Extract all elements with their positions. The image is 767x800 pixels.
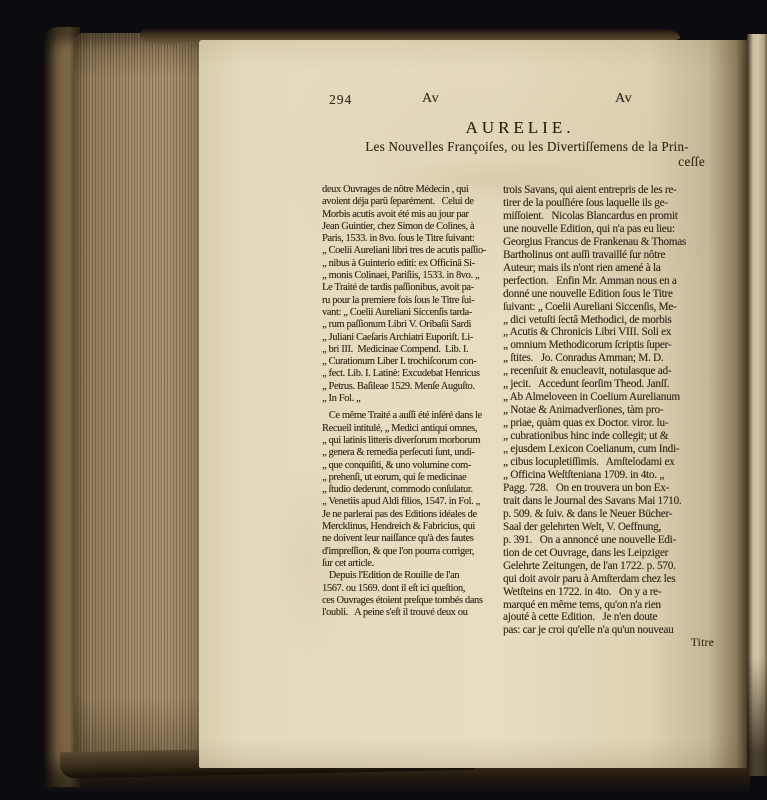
text-line: Recueil intitulé, „ Medici antiqui omnes… <box>322 423 499 435</box>
text-line: ces Ouvrages étoient preſque tombés dans <box>322 595 499 607</box>
text-line: 1567. ou 1569. dont il eſt ici queſtion, <box>322 583 499 595</box>
text-line: perfection. Enfin Mr. Amman nous en a <box>503 275 718 288</box>
text-line: „ monis Colinaei, Pariſiis, 1533. in 8vo… <box>322 270 499 282</box>
text-line: Je ne parlerai pas des Editions idéales … <box>322 509 499 521</box>
text-line: tirer de la pouſſiére ſous laquelle ils … <box>503 197 718 210</box>
text-line: ajouté à cette Edition. Je n'en doute <box>503 611 718 624</box>
running-head-right: Av <box>615 91 632 107</box>
text-line: „ Notae & Animadverſiones, tàm pro- <box>503 404 718 417</box>
text-line: ſuivant: „ Coelii Aureliani Siccenſis, M… <box>503 301 718 314</box>
article-title: AURELIE. <box>320 118 720 138</box>
text-line: „ Acutis & Chronicis Libri VIII. Soli ex <box>503 326 718 339</box>
text-line: l'oubli. A peine s'eſt il trouvé deux ou <box>322 607 499 619</box>
catchword: Titre <box>503 637 714 649</box>
text-line: deux Ouvrages de nôtre Médecin , qui <box>322 184 499 196</box>
text-line: „ cubrationibus hinc inde collegit; ut & <box>503 430 718 443</box>
text-line: Le Traité de tardis paſſionibus, avoit p… <box>322 282 499 294</box>
text-line: donné une nouvelle Edition ſous le Titre <box>503 288 718 301</box>
text-line: „ ſtites. Jo. Conradus Amman; M. D. <box>503 352 718 365</box>
text-line: p. 509. & ſuiv. & dans le Neuer Bücher- <box>503 508 718 521</box>
text-line: „ Ab Almeloveen in Coelium Aurelianum <box>503 391 718 404</box>
text-line: marqué en même tems, qu'on n'a rien <box>503 599 718 612</box>
text-line: trait dans le Journal des Savans Mai 171… <box>503 495 718 508</box>
text-line: „ jecit. Accedunt ſeorſim Theod. Janſſ. <box>503 378 718 391</box>
text-line: „ genera & remedia perſecuti ſunt, undi- <box>322 447 499 459</box>
book-scan: 294 Av Av AURELIE. Les Nouvelles Françoi… <box>0 0 767 800</box>
text-line: ſur cet article. <box>322 558 499 570</box>
text-line: miſſoient. Nicolas Blancardus en promit <box>503 210 718 223</box>
text-line: Paris, 1533. in 8vo. ſous le Titre ſuiva… <box>322 233 499 245</box>
text-line: „ Venetiis apud Aldi filios, 1547. in Fo… <box>322 496 499 508</box>
text-line: „ priae, quàm quas ex Doctor. viror. lu- <box>503 417 718 430</box>
article-subtitle-continuation: ceſſe <box>327 154 705 170</box>
text-line: „ cibus locupletiſſimis. Amſtelodami ex <box>503 456 718 469</box>
running-head-left: Av <box>422 91 439 107</box>
text-line: tion de cet Ouvrage, dans les Leipziger <box>503 547 718 560</box>
facing-page-edge <box>747 34 767 776</box>
text-line: „ omnium Methodicorum ſcriptis ſuper- <box>503 339 718 352</box>
text-line: „ ejusdem Lexicon Coelianum, cum Indi- <box>503 443 718 456</box>
text-line: „ recenſuit & enucleavit, notulasque ad- <box>503 365 718 378</box>
text-line: Gelehrte Zeitungen, de l'an 1722. p. 570… <box>503 560 718 573</box>
text-line: Depuis l'Edition de Rouille de l'an <box>322 570 499 582</box>
text-line: trois Savans, qui aient entrepris de les… <box>503 184 718 197</box>
text-line: Jean Guintier, chez Simon de Colines, à <box>322 221 499 233</box>
text-line: Wetſteins en 1722. in 4to. On y a re- <box>503 586 718 599</box>
text-line: „ fect. Lib. I. Latinè: Excudebat Henric… <box>322 368 499 380</box>
text-line: „ nibus à Guinterio editi: ex Officinâ S… <box>322 258 499 270</box>
text-line: Morbis acutis avoit été mis au jour par <box>322 209 499 221</box>
text-line: vant: „ Coelii Aureliani Siccenſis tarda… <box>322 307 499 319</box>
page-number: 294 <box>329 92 352 108</box>
text-line: ne doivent leur naiſſance qu'à des faute… <box>322 533 499 545</box>
text-line: „ prehenſi, ut eorum, qui ſe medicinae <box>322 472 499 484</box>
text-line: „ ſtudio dederunt, commodo conſulatur. <box>322 484 499 496</box>
text-line: „ Juliani Caeſaris Archiatri Euporiſt. L… <box>322 332 499 344</box>
text-line: „ rum paſſionum Libri V. Oribaſii Sardi <box>322 319 499 331</box>
text-line: une nouvelle Edition, qui n'a pas eu lie… <box>503 223 718 236</box>
text-line: Georgius Francus de Frankenau & Thomas <box>503 236 718 249</box>
text-line: „ que conquiſiti, & uno volumine com- <box>322 460 499 472</box>
text-line: Auteur; mais ils n'ont rien amené à la <box>503 262 718 275</box>
text-line: „ Officina Weſtſteniana 1709. in 4to. „ <box>503 469 718 482</box>
text-line: avoient déja parû ſeparément. Celui de <box>322 196 499 208</box>
text-line: Ce même Traité a auſſi été inſéré dans l… <box>322 410 499 422</box>
page-stack-fore-edge <box>74 33 206 770</box>
text-line: Pagg. 728. On en trouvera un bon Ex- <box>503 482 718 495</box>
text-line: „ Curationum Liber I. trochiſcorum con- <box>322 356 499 368</box>
text-line: „ bri III. Medicinae Compend. Lib. I. <box>322 344 499 356</box>
text-line: „ Coelii Aureliani libri tres de acutis … <box>322 245 499 257</box>
text-line: d'impreſſion, & que l'on pourra corriger… <box>322 546 499 558</box>
text-line: „ Petrus. Baſileae 1529. Menſe Auguſto. <box>322 381 499 393</box>
text-line: „ In Fol. „ <box>322 393 499 405</box>
article-subtitle: Les Nouvelles Françoiſes, ou les Diverti… <box>327 139 727 155</box>
text-column-right: trois Savans, qui aient entrepris de les… <box>503 184 718 637</box>
text-line: Saal der gelehrten Welt, V. Oeffnung, <box>503 521 718 534</box>
text-column-left: deux Ouvrages de nôtre Médecin , quiavoi… <box>322 184 499 619</box>
text-line: pas: car je croi qu'elle n'a qu'un nouve… <box>503 624 718 637</box>
text-line: „ dici vetuſti ſectâ Methodici, de morbi… <box>503 314 718 327</box>
text-line: Mercklinus, Hendreich & Fabricius, qui <box>322 521 499 533</box>
text-line: qui doit avoir paru à Amſterdam chez les <box>503 573 718 586</box>
text-line: ru pour la premiere fois ſous le Titre ſ… <box>322 295 499 307</box>
text-line: „ qui latinis litteris diverſorum morbor… <box>322 435 499 447</box>
text-line: Bartholinus ont auſſi travaillé ſur nôtr… <box>503 249 718 262</box>
text-line: p. 391. On a annoncé une nouvelle Edi- <box>503 534 718 547</box>
